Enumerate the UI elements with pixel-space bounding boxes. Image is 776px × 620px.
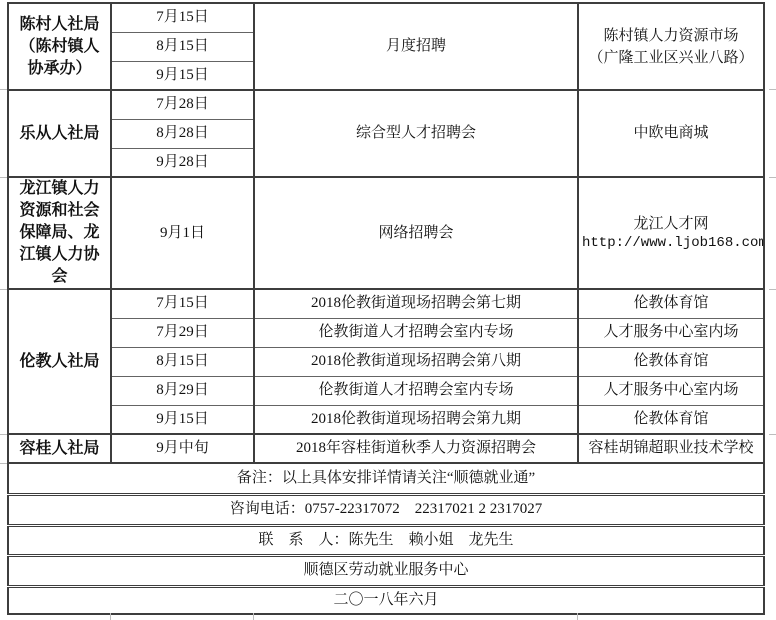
phone-row: 咨询电话：0757-22317072 22317021 2 2317027 xyxy=(8,494,764,525)
venue-cell: 陈村镇人力资源市场 （广隆工业区兴业八路） xyxy=(578,3,764,90)
gridline-stub xyxy=(0,177,7,178)
date-cell: 9月15日 xyxy=(111,405,254,434)
table-row: 龙江镇人力 资源和社会 保障局、龙 江镇人力协 会 9月1日 网络招聘会 龙江人… xyxy=(8,177,764,289)
date-cell: 7月15日 xyxy=(111,289,254,318)
event-cell: 2018伦教街道现场招聘会第九期 xyxy=(254,405,578,434)
contacts-row: 联 系 人：陈先生 赖小姐 龙先生 xyxy=(8,525,764,555)
venue-cell: 容桂胡锦超职业技术学校 xyxy=(578,434,764,463)
date-cell: 8月29日 xyxy=(111,376,254,405)
date-cell: 9月15日 xyxy=(111,61,254,90)
center-text: 顺德区劳动就业服务中心 xyxy=(8,555,764,586)
org-cell: 龙江镇人力 资源和社会 保障局、龙 江镇人力协 会 xyxy=(8,177,111,289)
gridline-stub xyxy=(769,89,776,90)
contacts-text: 联 系 人：陈先生 赖小姐 龙先生 xyxy=(8,525,764,555)
issued-row: 二〇一八年六月 xyxy=(8,586,764,614)
org-cell: 伦教人社局 xyxy=(8,289,111,434)
venue-cell: 中欧电商城 xyxy=(578,90,764,177)
event-cell: 2018伦教街道现场招聘会第七期 xyxy=(254,289,578,318)
event-cell: 网络招聘会 xyxy=(254,177,578,289)
phone-text: 咨询电话：0757-22317072 22317021 2 2317027 xyxy=(8,494,764,525)
org-cell: 陈村人社局 （陈村镇人 协承办） xyxy=(8,3,111,90)
gridline-stub xyxy=(769,434,776,435)
table-row: 7月29日 伦教街道人才招聘会室内专场 人才服务中心室内场 xyxy=(8,318,764,347)
date-cell: 7月15日 xyxy=(111,3,254,32)
date-cell: 8月15日 xyxy=(111,347,254,376)
issued-text: 二〇一八年六月 xyxy=(8,586,764,614)
table-row: 8月29日 伦教街道人才招聘会室内专场 人才服务中心室内场 xyxy=(8,376,764,405)
gridline-stub xyxy=(577,613,578,620)
date-cell: 9月28日 xyxy=(111,148,254,177)
org-cell: 容桂人社局 xyxy=(8,434,111,463)
center-row: 顺德区劳动就业服务中心 xyxy=(8,555,764,586)
date-cell: 9月中旬 xyxy=(111,434,254,463)
gridline-stub xyxy=(0,89,7,90)
venue-url: http://www.ljob168.com/ xyxy=(582,234,760,252)
event-cell: 伦教街道人才招聘会室内专场 xyxy=(254,376,578,405)
schedule-sheet: 陈村人社局 （陈村镇人 协承办） 7月15日 月度招聘 陈村镇人力资源市场 （广… xyxy=(0,0,776,620)
venue-name: 龙江人才网 xyxy=(582,214,760,234)
gridline-stub xyxy=(769,289,776,290)
date-cell: 8月15日 xyxy=(111,32,254,61)
date-cell: 8月28日 xyxy=(111,119,254,148)
table-row: 9月15日 2018伦教街道现场招聘会第九期 伦教体育馆 xyxy=(8,405,764,434)
venue-cell: 人才服务中心室内场 xyxy=(578,318,764,347)
event-cell: 月度招聘 xyxy=(254,3,578,90)
venue-cell: 伦教体育馆 xyxy=(578,347,764,376)
event-cell: 伦教街道人才招聘会室内专场 xyxy=(254,318,578,347)
gridline-stub xyxy=(769,177,776,178)
venue-cell: 伦教体育馆 xyxy=(578,289,764,318)
table-row: 乐从人社局 7月28日 综合型人才招聘会 中欧电商城 xyxy=(8,90,764,119)
table-row: 容桂人社局 9月中旬 2018年容桂街道秋季人力资源招聘会 容桂胡锦超职业技术学… xyxy=(8,434,764,463)
venue-cell: 人才服务中心室内场 xyxy=(578,376,764,405)
date-cell: 7月29日 xyxy=(111,318,254,347)
gridline-stub xyxy=(0,463,7,464)
venue-cell: 龙江人才网 http://www.ljob168.com/ xyxy=(578,177,764,289)
gridline-stub xyxy=(0,434,7,435)
note-text: 备注：以上具体安排详情请关注“顺德就业通” xyxy=(8,463,764,494)
gridline-stub xyxy=(0,289,7,290)
event-cell: 综合型人才招聘会 xyxy=(254,90,578,177)
table-row: 8月15日 2018伦教街道现场招聘会第八期 伦教体育馆 xyxy=(8,347,764,376)
event-cell: 2018年容桂街道秋季人力资源招聘会 xyxy=(254,434,578,463)
table-row: 陈村人社局 （陈村镇人 协承办） 7月15日 月度招聘 陈村镇人力资源市场 （广… xyxy=(8,3,764,32)
venue-cell: 伦教体育馆 xyxy=(578,405,764,434)
note-row: 备注：以上具体安排详情请关注“顺德就业通” xyxy=(8,463,764,494)
event-cell: 2018伦教街道现场招聘会第八期 xyxy=(254,347,578,376)
recruitment-schedule-table: 陈村人社局 （陈村镇人 协承办） 7月15日 月度招聘 陈村镇人力资源市场 （广… xyxy=(7,2,765,615)
date-cell: 7月28日 xyxy=(111,90,254,119)
gridline-stub xyxy=(253,613,254,620)
gridline-stub xyxy=(110,613,111,620)
table-row: 伦教人社局 7月15日 2018伦教街道现场招聘会第七期 伦教体育馆 xyxy=(8,289,764,318)
org-cell: 乐从人社局 xyxy=(8,90,111,177)
date-cell: 9月1日 xyxy=(111,177,254,289)
